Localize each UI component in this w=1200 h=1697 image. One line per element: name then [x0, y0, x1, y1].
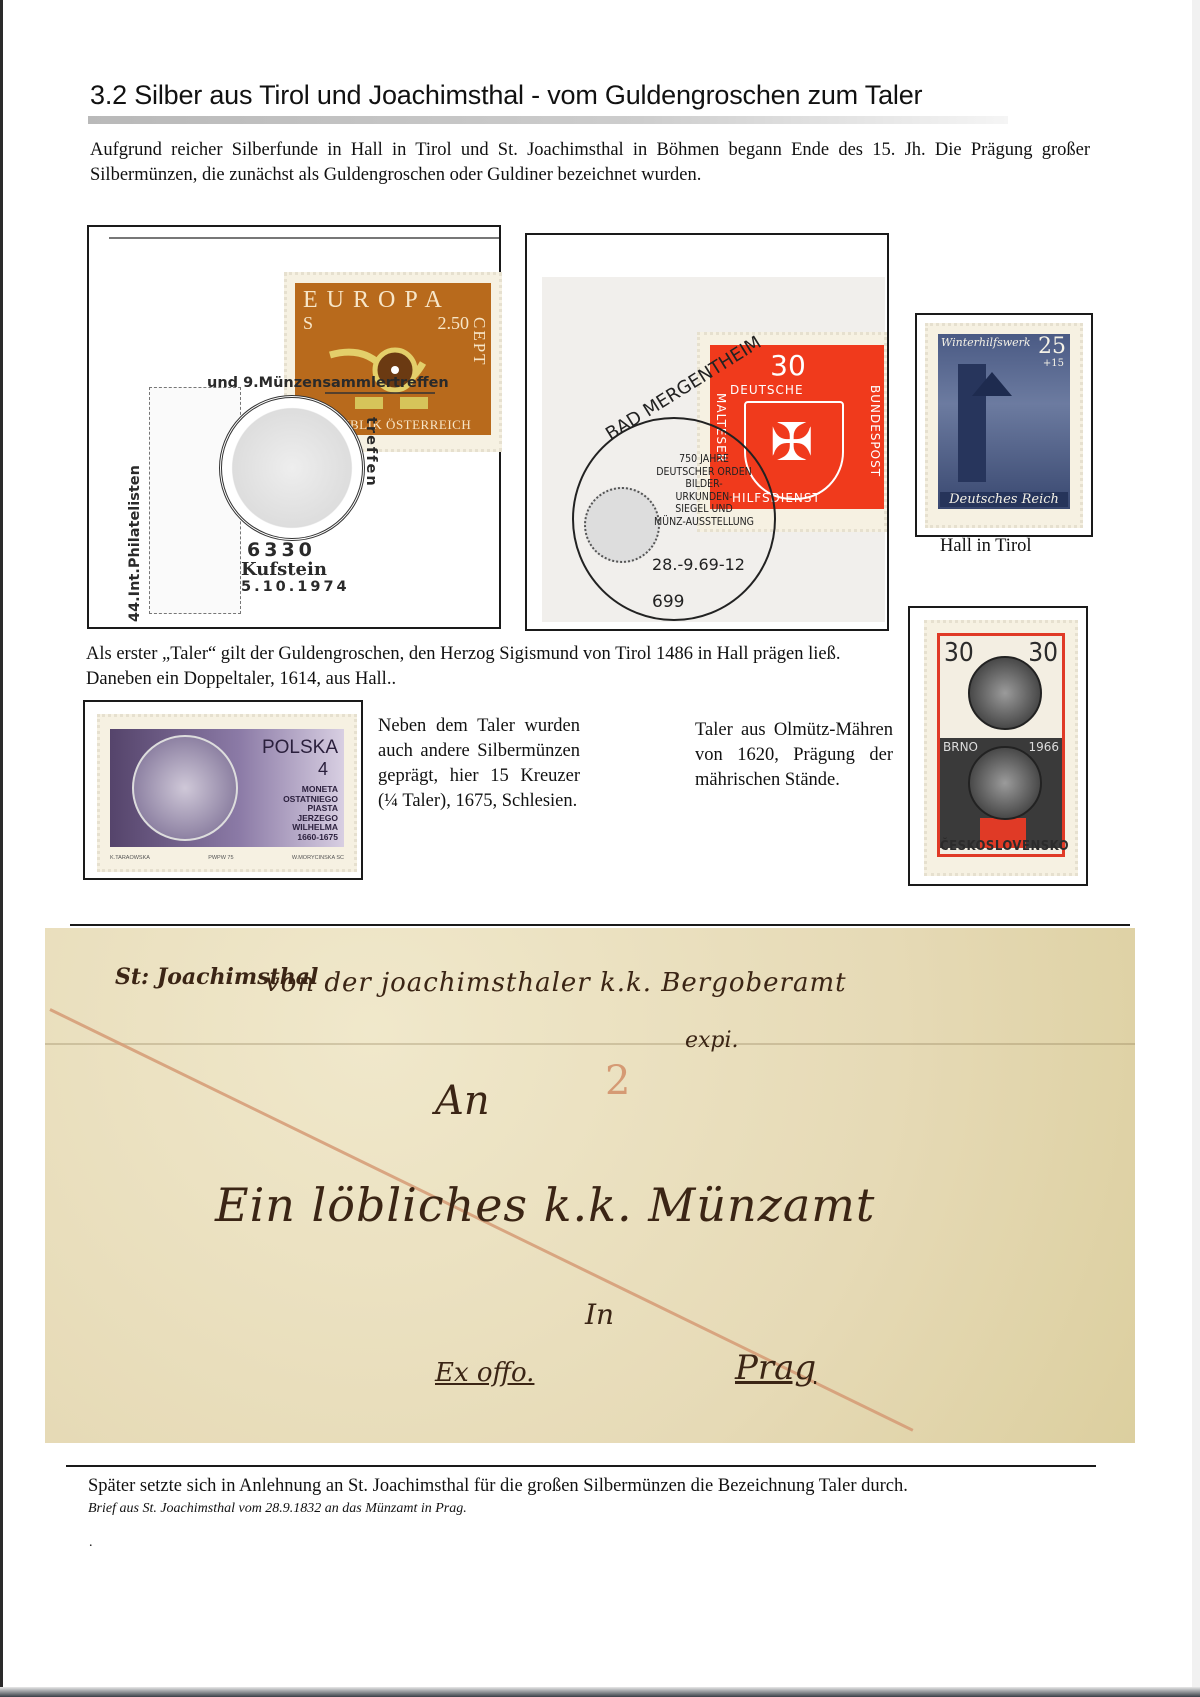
coin-image-top [968, 656, 1042, 730]
postmark-code: 699 [652, 592, 684, 612]
coin-cancel-image [219, 395, 365, 541]
cover-paper: 30 DEUTSCHE BUNDESPOST MALTESER ✠ HILFSD… [542, 277, 885, 622]
stamp-city: BRNO [943, 740, 978, 754]
intro-paragraph: Aufgrund reicher Silberfunde in Hall in … [90, 138, 1090, 188]
germany-cover-piece: 30 DEUTSCHE BUNDESPOST MALTESER ✠ HILFSD… [525, 233, 889, 631]
deutsches-reich-stamp: Winterhilfswerk 25 +15 Deutsches Reich [925, 323, 1083, 528]
postmark-date: 28.-9.69-12 [652, 555, 745, 574]
cancel-city: Kufstein [241, 559, 327, 580]
scan-edge-bottom [0, 1687, 1200, 1697]
stamp-side-text: CEPT [469, 317, 489, 367]
stamp-right-text: BUNDESPOST [868, 385, 882, 477]
cancel-postcode: 6330 [247, 539, 316, 561]
cancel-right-text-wrap: treffen [361, 417, 381, 597]
cancel-left-text-wrap: 44.Int.Philatelisten [127, 377, 147, 622]
fold-line [45, 1043, 1135, 1045]
ex-officio-mark: Ex offo. [435, 1358, 534, 1388]
hall-caption: Hall in Tirol [940, 536, 1032, 557]
stamp-value: 4 [318, 759, 328, 780]
cancel-left-text: 44.Int.Philatelisten [127, 465, 143, 622]
cancel-date: 5.10.1974 [241, 579, 350, 595]
footer-rule [66, 1465, 1096, 1467]
czech-description: Taler aus Olmütz-Mähren von 1620, Prägun… [695, 718, 893, 793]
hall-stamp-mount: Winterhilfswerk 25 +15 Deutsches Reich [915, 313, 1093, 537]
stamp-country: ČESKOSLOVENSKO [940, 839, 1062, 854]
address-in: In [585, 1298, 614, 1331]
page-title: 3.2 Silber aus Tirol und Joachimsthal - … [90, 80, 922, 111]
handwritten-note: expi. [685, 1028, 739, 1053]
stamp-imprint: K.TARAOWSKA PWPW 75 W.MORYCINSKA SC [110, 855, 344, 861]
poland-stamp-mount: POLSKA 4 MONETA OSTATNIEGO PIASTA JERZEG… [83, 700, 363, 880]
coin-image-bottom [968, 746, 1042, 820]
letter-caption: Brief aus St. Joachimsthal vom 28.9.1832… [88, 1501, 467, 1517]
stamp-value: 25 [1038, 334, 1066, 359]
postmark-lines: 750 JAHRE DEUTSCHER ORDEN BILDER- URKUND… [654, 453, 754, 528]
polska-coin-stamp: POLSKA 4 MONETA OSTATNIEGO PIASTA JERZEG… [97, 714, 357, 872]
scan-edge-left [0, 0, 3, 1697]
stamp-year: 1966 [1028, 740, 1059, 754]
entire-letter-1832: St: Joachimsthal von der joachimsthaler … [45, 928, 1135, 1443]
maltese-cross-icon: ✠ [770, 417, 814, 469]
coin-image [132, 735, 238, 841]
taler-paragraph: Als erster „Taler“ gilt der Guldengrosch… [86, 642, 856, 692]
ceskoslovensko-coin-stamp: 30 30 BRNO 1966 ČESKOSLOVENSKO [924, 620, 1078, 876]
stamp-value: 2.50 [438, 313, 470, 334]
stamp-title: EUROPA [303, 287, 451, 314]
poland-description: Neben dem Taler wurden auch andere Silbe… [378, 714, 580, 814]
letter-top-rule [70, 924, 1130, 926]
salutation: An [435, 1078, 490, 1124]
stamp-top-text: Winterhilfswerk [941, 336, 1031, 349]
destination-city: Prag [735, 1348, 816, 1388]
stamp-top-text: DEUTSCHE [730, 383, 804, 397]
stamp-inscription: MONETA OSTATNIEGO PIASTA JERZEGO WILHELM… [283, 785, 338, 842]
stamp-surcharge: +15 [1043, 358, 1064, 369]
addressee: Ein löbliches k.k. Münzamt [215, 1178, 875, 1232]
cover-edge-line [109, 237, 499, 239]
footer-text: Später setzte sich in Anlehnung an St. J… [88, 1476, 908, 1497]
sender-line: von der joachimsthaler k.k. Bergoberamt [265, 968, 847, 998]
scan-edge-right [1192, 0, 1200, 1697]
stamp-currency: S [303, 313, 313, 334]
stamp-country: POLSKA [262, 737, 338, 759]
stamp-value-right: 30 [1028, 638, 1058, 668]
cancel-top-text: und 9.Münzensammlertreffen [207, 375, 449, 391]
cancel-right-text: treffen [363, 417, 379, 488]
tower-image [958, 364, 986, 482]
seal-image [584, 487, 660, 563]
czech-stamp-mount: 30 30 BRNO 1966 ČESKOSLOVENSKO [908, 606, 1088, 886]
stray-dot: . [89, 1535, 93, 1551]
stamp-value-left: 30 [944, 638, 974, 668]
stamp-country: Deutsches Reich [940, 492, 1068, 507]
austria-cover-piece: EUROPA S 2.50 CEPT REPUBLIK ÖSTERREICH u… [87, 225, 501, 629]
red-crayon-mark: 2 [605, 1058, 630, 1104]
title-underline [88, 116, 1008, 124]
